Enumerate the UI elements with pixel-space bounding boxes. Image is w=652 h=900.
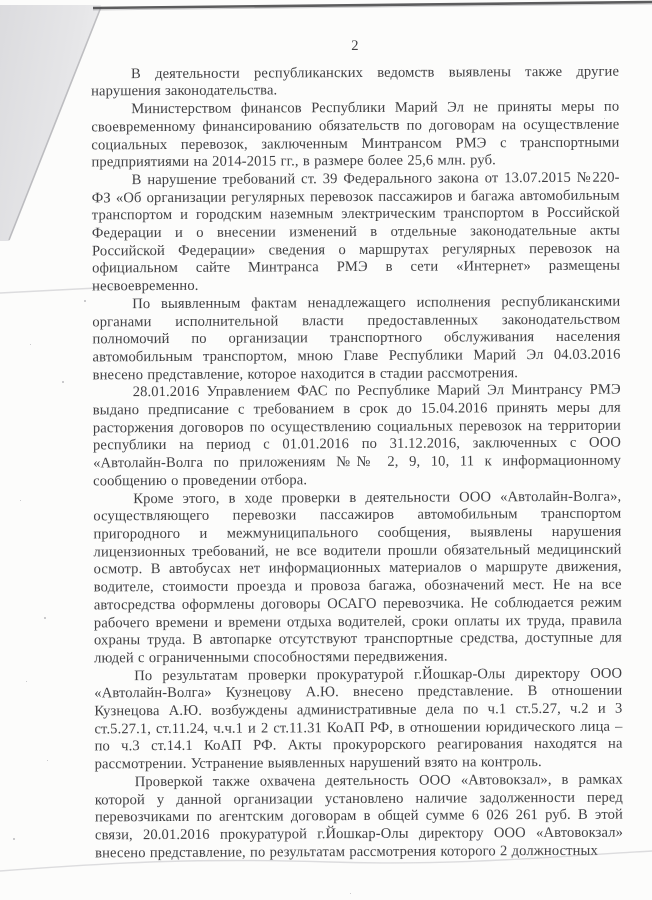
page-top-edge-line: [93, 2, 652, 8]
paragraph: По выявленным фактам ненадлежащего испол…: [92, 293, 620, 384]
paragraph: 28.01.2016 Управлением ФАС по Республике…: [93, 382, 622, 491]
document-body: 2 В деятельности республиканских ведомст…: [91, 37, 623, 863]
paragraph: В деятельности республиканских ведомств …: [91, 63, 619, 101]
scanned-document: 2 В деятельности республиканских ведомст…: [0, 0, 652, 900]
paragraph: В нарушение требований ст. 39 Федерально…: [92, 170, 621, 297]
paragraph: Министерством финансов Республики Марий …: [91, 99, 619, 173]
paragraph: По результатам проверки прокуратурой г.Й…: [94, 665, 623, 774]
paragraph: Проверкой также охвачена деятельность ОО…: [95, 771, 623, 862]
page-top-edge-shadow: [93, 4, 652, 10]
page-number: 2: [91, 37, 619, 57]
paragraph: Кроме этого, в ходе проверки в деятельно…: [93, 488, 622, 668]
